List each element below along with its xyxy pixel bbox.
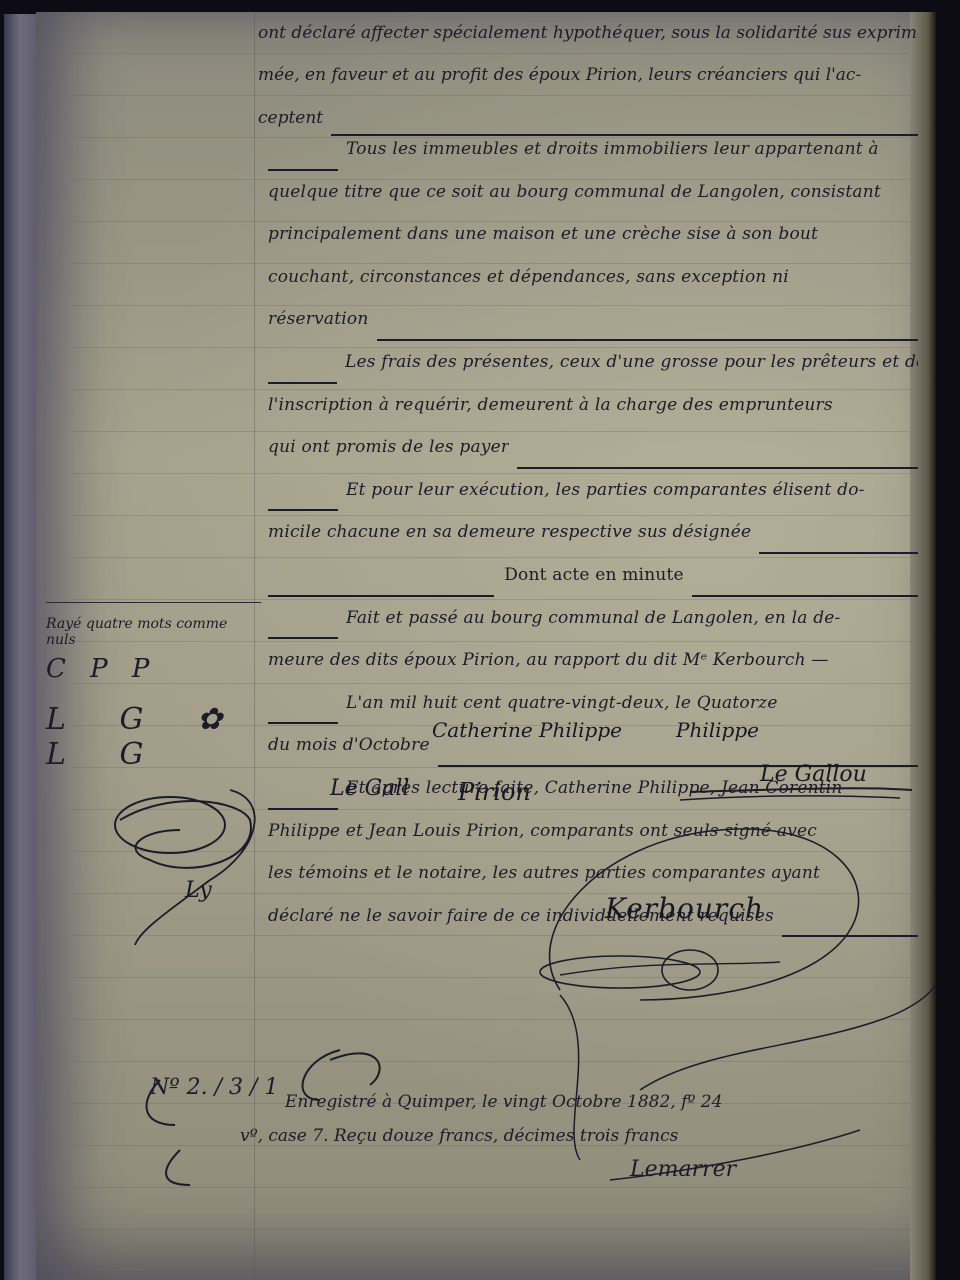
registration-line-2: vº, case 7. Reçu douze francs, décimes t… [240, 1119, 940, 1153]
registration-signature: Lemarrer [240, 1153, 940, 1187]
registration-line-1: Enregistré à Quimper, le vingt Octobre 1… [240, 1085, 940, 1119]
registration-text: Enregistré à Quimper, le vingt Octobre 1… [240, 1085, 940, 1187]
